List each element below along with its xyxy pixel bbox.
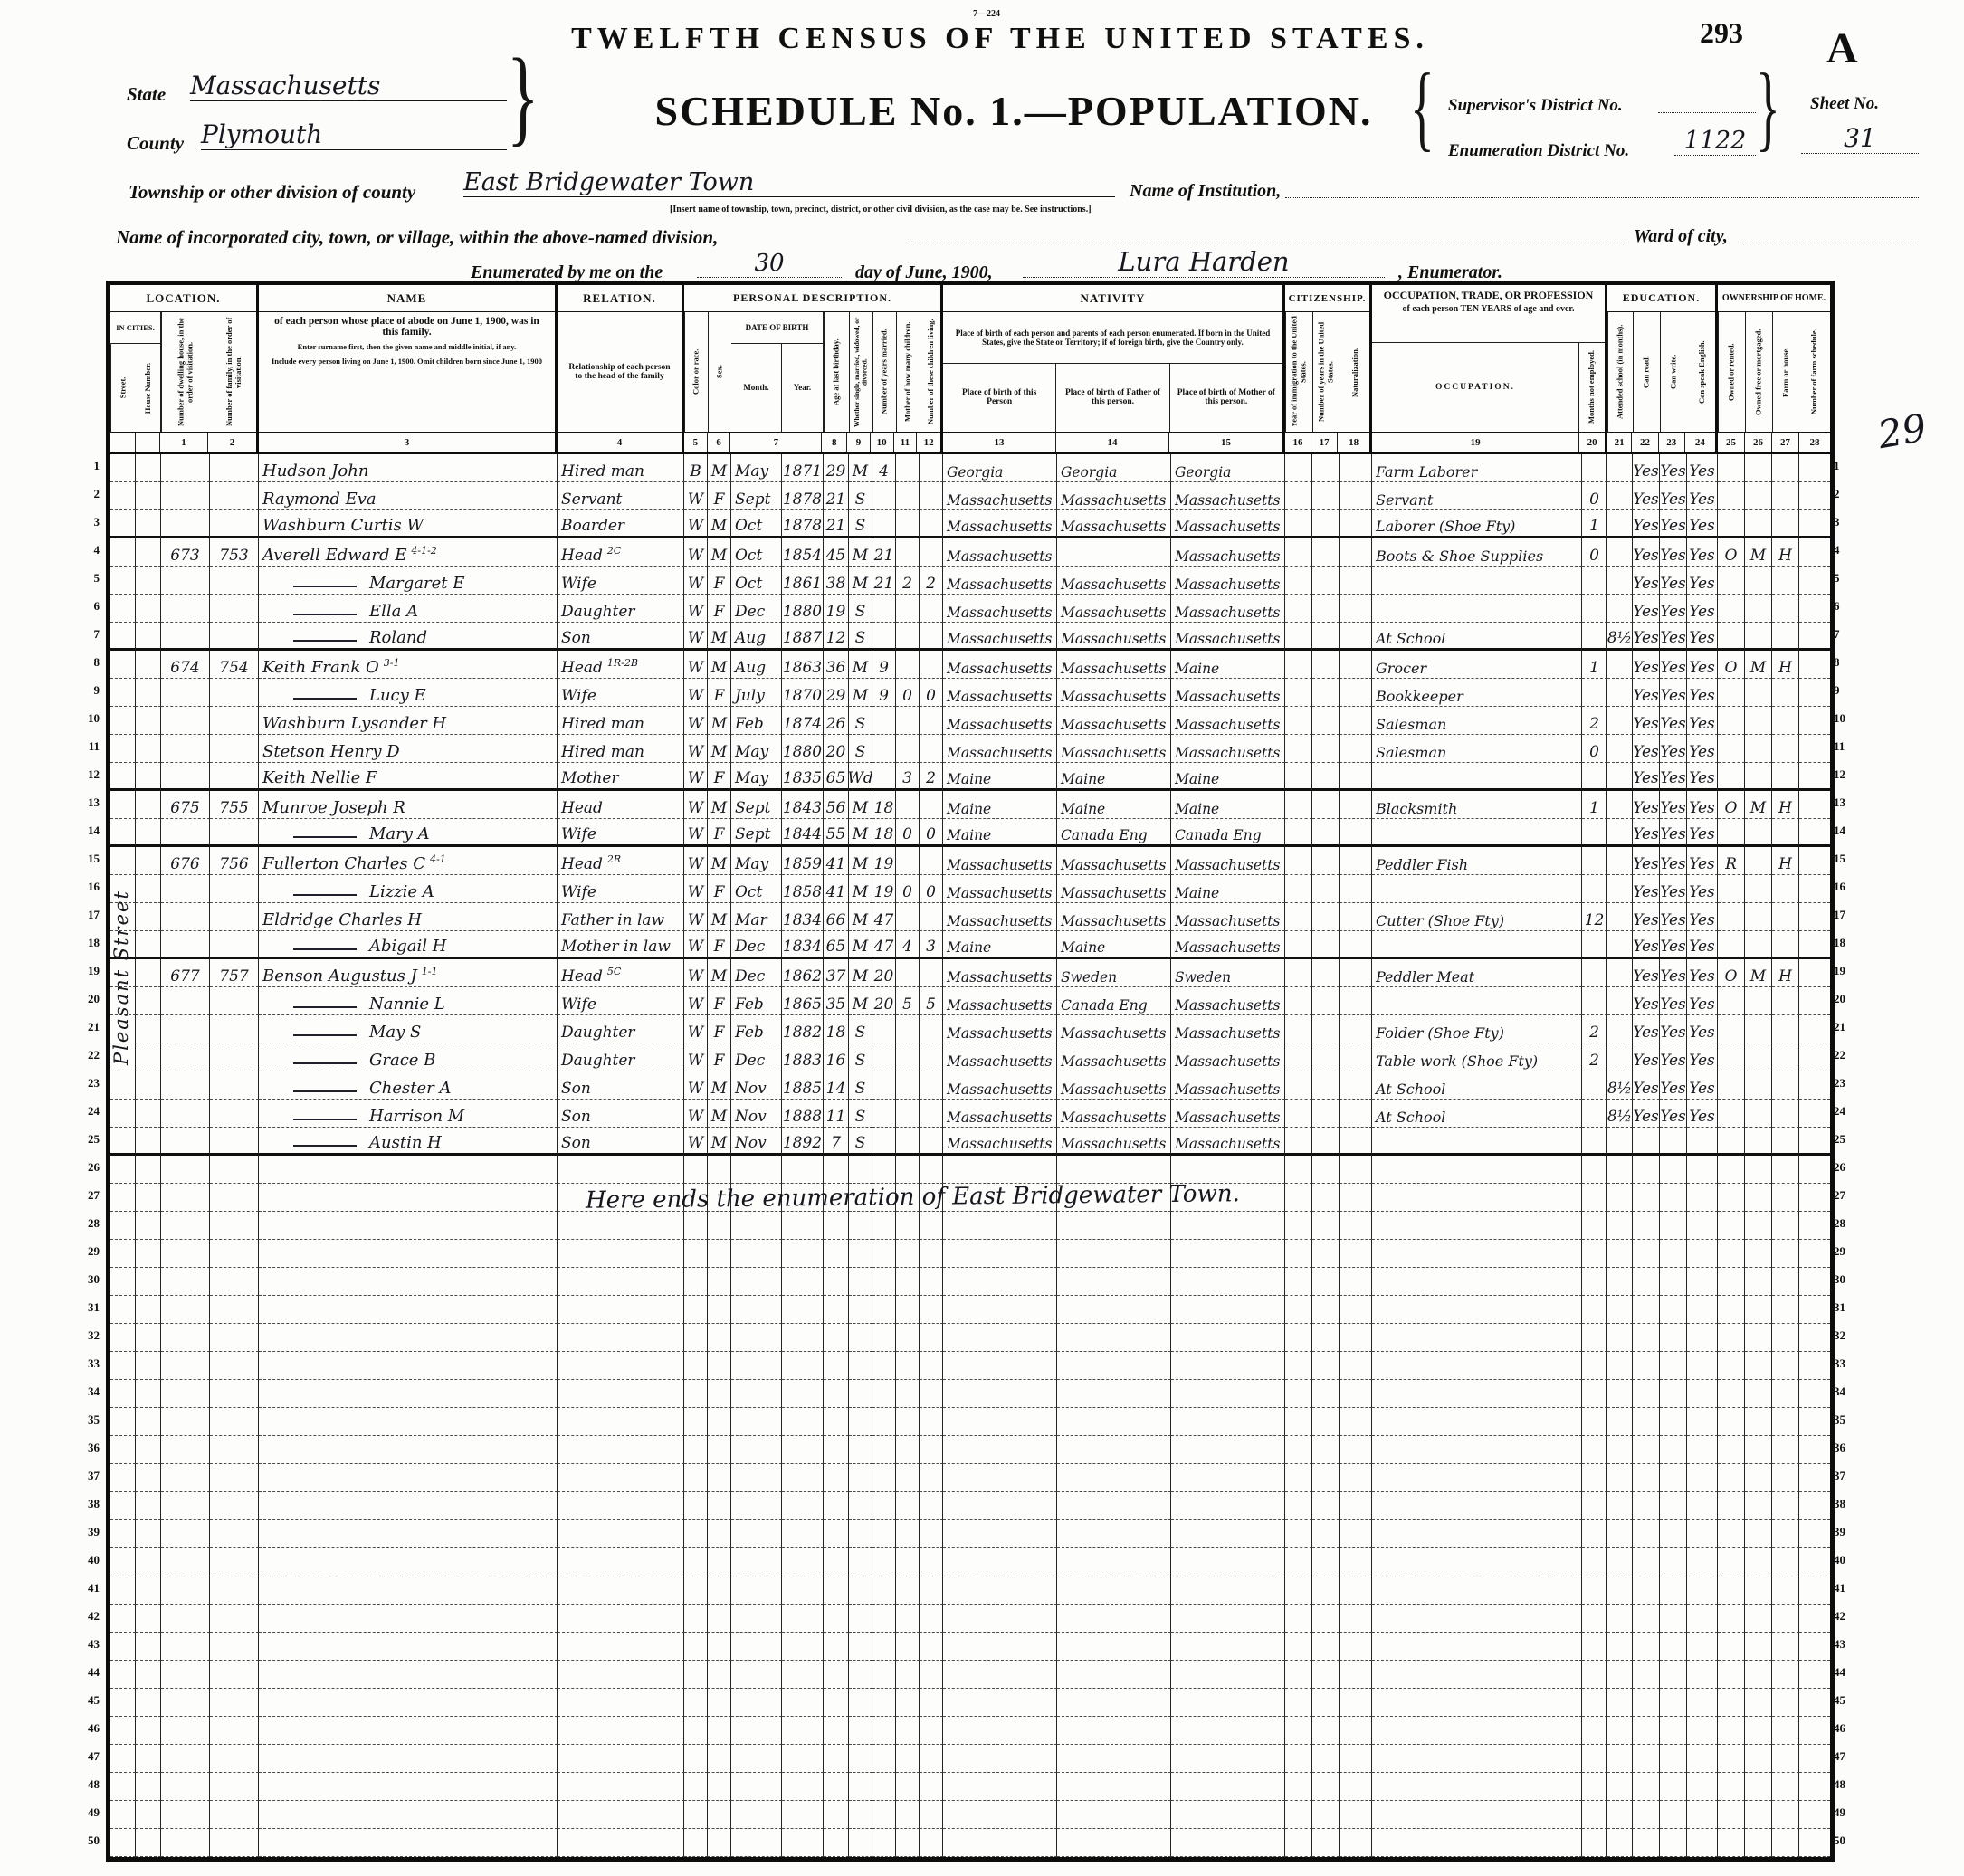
cell-mo	[896, 1043, 920, 1071]
cell-mort	[1745, 1408, 1772, 1436]
row-number: 28	[1834, 1209, 1857, 1237]
cell-lv	[920, 903, 943, 931]
cell-mort	[1745, 1015, 1772, 1043]
cell-mort	[1745, 1464, 1772, 1492]
cell-lv	[920, 707, 943, 735]
cell-farm	[1772, 1100, 1799, 1128]
cell-by	[782, 1829, 824, 1857]
cell-pof	[1057, 1576, 1171, 1605]
cell-fm	[210, 1801, 259, 1829]
cell-occ	[1372, 1492, 1582, 1520]
cell-mne	[1582, 1605, 1607, 1633]
col-number-27: 27	[1772, 433, 1799, 452]
cell-by: 1887	[782, 623, 824, 651]
relation-value: Son	[558, 1128, 684, 1156]
cell-mort	[1745, 1436, 1772, 1464]
cell-nat	[1340, 819, 1372, 847]
cell-by: 1858	[782, 875, 824, 903]
row-number: 40	[1834, 1546, 1857, 1574]
cell-mar: M	[849, 679, 872, 707]
cell-yus	[1312, 595, 1340, 623]
cell-mar	[849, 1576, 872, 1605]
row-number: 24	[76, 1097, 100, 1125]
cell-occ: Cutter (Shoe Fty)	[1372, 903, 1582, 931]
cell-age	[824, 1156, 849, 1184]
cell-en	[1687, 1408, 1718, 1436]
cell-mne	[1582, 623, 1607, 651]
cell-mar: M	[849, 651, 872, 679]
cell-by: 1844	[782, 819, 824, 847]
cell-mar: M	[849, 875, 872, 903]
cell-en	[1687, 1464, 1718, 1492]
cell-fm	[210, 1408, 259, 1436]
row-number: 6	[76, 592, 100, 620]
cell-yus	[1312, 510, 1340, 538]
cell-bm	[731, 1324, 782, 1352]
cell-own	[1718, 1015, 1745, 1043]
header-group-ownership: OWNERSHIP OF HOME. Owned or rented. Owne…	[1718, 285, 1830, 452]
cell-ym	[872, 482, 896, 510]
cell-pom	[1171, 1605, 1285, 1633]
cell-mne	[1582, 1576, 1607, 1605]
cell-sch	[1607, 735, 1633, 763]
cell-en	[1687, 1352, 1718, 1380]
cell-en	[1687, 1240, 1718, 1268]
row-number: 40	[76, 1546, 100, 1574]
cell-mo	[896, 1240, 920, 1268]
cell-pob: Massachusetts	[943, 847, 1057, 875]
cell-farm	[1772, 1689, 1799, 1717]
cell-pof: Canada Eng	[1057, 819, 1171, 847]
cell-mo: 4	[896, 931, 920, 959]
cell-imm	[1285, 1745, 1312, 1773]
cell-mo	[896, 1464, 920, 1492]
row-number: 35	[1834, 1405, 1857, 1433]
cell-race: W	[684, 847, 708, 875]
cell-en: Yes	[1687, 959, 1718, 987]
row-number: 42	[1834, 1602, 1857, 1630]
cell-imm	[1285, 1773, 1312, 1801]
cell-race	[684, 1156, 708, 1184]
cell-by	[782, 1492, 824, 1520]
cell-bm: Sept	[731, 791, 782, 819]
cell-fm	[210, 1520, 259, 1548]
cell-sex	[708, 1212, 731, 1240]
cell-race	[684, 1633, 708, 1661]
cell-mo	[896, 482, 920, 510]
cell-farm	[1772, 763, 1799, 791]
cell-bm	[731, 1548, 782, 1576]
dob-label: DATE OF BIRTH	[731, 312, 823, 344]
col-number-2: 2	[208, 433, 256, 452]
col-number-23: 23	[1659, 433, 1685, 452]
cell-hn	[136, 538, 161, 567]
cell-dw	[161, 987, 210, 1015]
cell-age	[824, 1268, 849, 1296]
cell-farm	[1772, 1128, 1799, 1156]
cell-mar	[849, 1605, 872, 1633]
cell-nat	[1340, 1717, 1372, 1745]
cell-nat	[1340, 1380, 1372, 1408]
cell-pom	[1171, 1296, 1285, 1324]
month-col-label: Month.	[731, 344, 782, 432]
cell-age	[824, 1689, 849, 1717]
cell-imm	[1285, 1464, 1312, 1492]
cell-dw	[161, 1520, 210, 1548]
cell-pof: Massachusetts	[1057, 903, 1171, 931]
cell-wr: Yes	[1660, 595, 1687, 623]
row-number: 26	[1834, 1153, 1857, 1181]
ditto-dash	[293, 640, 357, 642]
cell-fm	[210, 1043, 259, 1071]
cell-sch	[1607, 1380, 1633, 1408]
cell-mne	[1582, 454, 1607, 482]
cell-en	[1687, 1296, 1718, 1324]
relation-value	[558, 1689, 684, 1717]
pob-father-col-label: Place of birth of Father of this person.	[1056, 364, 1169, 432]
cell-wr	[1660, 1296, 1687, 1324]
row-number: 14	[1834, 816, 1857, 844]
cell-hn	[136, 931, 161, 959]
cell-rd: Yes	[1633, 819, 1660, 847]
cell-mne	[1582, 1184, 1607, 1212]
cell-dw: 673	[161, 538, 210, 567]
cell-imm	[1285, 1717, 1312, 1745]
cell-wr: Yes	[1660, 1071, 1687, 1100]
col-number-21: 21	[1607, 433, 1632, 452]
cell-pom: Georgia	[1171, 454, 1285, 482]
sheet-no-label: Sheet No.	[1810, 94, 1879, 114]
cell-hn	[136, 1324, 161, 1352]
cell-mne	[1582, 1745, 1607, 1773]
cell-imm	[1285, 847, 1312, 875]
cell-pom	[1171, 1745, 1285, 1773]
cell-fm	[210, 1464, 259, 1492]
cell-nat	[1340, 903, 1372, 931]
cell-rd: Yes	[1633, 482, 1660, 510]
cell-lv	[920, 1296, 943, 1324]
cell-own	[1718, 1801, 1745, 1829]
cell-mne	[1582, 1464, 1607, 1492]
cell-sex: M	[708, 1128, 731, 1156]
person-name	[259, 1492, 558, 1520]
cell-mo	[896, 538, 920, 567]
cell-wr	[1660, 1492, 1687, 1520]
cell-hn	[136, 875, 161, 903]
cell-hn	[136, 1156, 161, 1184]
pob-mother-col-label: Place of birth of Mother of this person.	[1170, 364, 1282, 432]
cell-pob	[943, 1801, 1057, 1829]
cell-dw	[161, 1745, 210, 1773]
cell-wr	[1660, 1576, 1687, 1605]
cell-sex	[708, 1324, 731, 1352]
cell-nat	[1340, 1633, 1372, 1661]
cell-bm	[731, 1212, 782, 1240]
cell-race: W	[684, 1100, 708, 1128]
cell-mar: S	[849, 1015, 872, 1043]
cell-pob	[943, 1156, 1057, 1184]
cell-fm	[210, 903, 259, 931]
cell-lv	[920, 1268, 943, 1296]
cell-dw	[161, 1464, 210, 1492]
row-number: 36	[76, 1433, 100, 1462]
cell-mort: M	[1745, 791, 1772, 819]
cell-rd	[1633, 1689, 1660, 1717]
cell-sex	[708, 1464, 731, 1492]
cell-mar	[849, 1352, 872, 1380]
row-number: 28	[76, 1209, 100, 1237]
cell-race	[684, 1773, 708, 1801]
cell-en: Yes	[1687, 819, 1718, 847]
cell-yus	[1312, 1156, 1340, 1184]
cell-bm	[731, 1352, 782, 1380]
cell-race	[684, 1829, 708, 1857]
cell-by	[782, 1212, 824, 1240]
cell-pof	[1057, 1520, 1171, 1548]
row-number: 3	[1834, 508, 1857, 536]
cell-age: 55	[824, 819, 849, 847]
cell-race: W	[684, 1128, 708, 1156]
person-name: Lucy E	[259, 679, 558, 707]
cell-farm	[1772, 510, 1799, 538]
cell-by: 1862	[782, 959, 824, 987]
table-row	[110, 1661, 1830, 1689]
relation-value: Boarder	[558, 510, 684, 538]
cell-farm	[1772, 1184, 1799, 1212]
cell-dw: 676	[161, 847, 210, 875]
cell-ym	[872, 1352, 896, 1380]
cell-own	[1718, 623, 1745, 651]
person-name: May S	[259, 1015, 558, 1043]
cell-by	[782, 1380, 824, 1408]
cell-sch	[1607, 1548, 1633, 1576]
township-label: Township or other division of county	[129, 181, 415, 204]
cell-pom	[1171, 1380, 1285, 1408]
cell-mo	[896, 1689, 920, 1717]
cell-nat	[1340, 1661, 1372, 1689]
relation-value	[558, 1380, 684, 1408]
cell-mort	[1745, 903, 1772, 931]
cell-fsc	[1799, 987, 1830, 1015]
cell-age: 29	[824, 454, 849, 482]
cell-lv	[920, 1661, 943, 1689]
ownership-title: OWNERSHIP OF HOME.	[1718, 285, 1830, 312]
cell-farm	[1772, 1352, 1799, 1380]
cell-bm: Feb	[731, 1015, 782, 1043]
cell-own	[1718, 903, 1745, 931]
cell-en: Yes	[1687, 651, 1718, 679]
cell-yus	[1312, 987, 1340, 1015]
row-number: 33	[1834, 1349, 1857, 1377]
cell-wr	[1660, 1436, 1687, 1464]
relation-value	[558, 1464, 684, 1492]
cell-dw	[161, 707, 210, 735]
row-number: 18	[1834, 928, 1857, 957]
cell-sex: F	[708, 567, 731, 595]
cell-wr	[1660, 1661, 1687, 1689]
cell-sex	[708, 1380, 731, 1408]
cell-imm	[1285, 1043, 1312, 1071]
cell-wr: Yes	[1660, 987, 1687, 1015]
cell-pom: Massachusetts	[1171, 538, 1285, 567]
cell-sex: M	[708, 847, 731, 875]
cell-lv	[920, 1212, 943, 1240]
cell-lv	[920, 1128, 943, 1156]
cell-race	[684, 1240, 708, 1268]
cell-fsc	[1799, 1661, 1830, 1689]
cell-imm	[1285, 1240, 1312, 1268]
cell-own	[1718, 1464, 1745, 1492]
cell-pob: Massachusetts	[943, 567, 1057, 595]
cell-mort	[1745, 1352, 1772, 1380]
cell-bm: May	[731, 847, 782, 875]
cell-en	[1687, 1689, 1718, 1717]
ward-blank	[1742, 226, 1919, 243]
col-number-17: 17	[1311, 433, 1338, 452]
cell-sch	[1607, 1745, 1633, 1773]
cell-mar: S	[849, 595, 872, 623]
cell-lv	[920, 482, 943, 510]
cell-bm	[731, 1156, 782, 1184]
cell-mort	[1745, 1520, 1772, 1548]
cell-own: R	[1718, 847, 1745, 875]
relation-value: Wife	[558, 819, 684, 847]
cell-pob: Massachusetts	[943, 538, 1057, 567]
township-note: [Insert name of township, town, precinct…	[670, 205, 1092, 214]
table-row	[110, 1296, 1830, 1324]
cell-bm	[731, 1717, 782, 1745]
relation-value: Hired man	[558, 707, 684, 735]
ditto-dash	[293, 1034, 357, 1036]
cell-yus	[1312, 1324, 1340, 1352]
cell-farm	[1772, 1043, 1799, 1071]
cell-mort	[1745, 1829, 1772, 1857]
state-label: State	[127, 83, 166, 106]
cell-by	[782, 1408, 824, 1436]
cell-sch	[1607, 1352, 1633, 1380]
left-brace-glyph: }	[507, 37, 539, 160]
enumeration-district-value: 1122	[1674, 127, 1756, 156]
cell-fsc	[1799, 538, 1830, 567]
cell-rd	[1633, 1464, 1660, 1492]
cell-mar: M	[849, 847, 872, 875]
cell-occ	[1372, 567, 1582, 595]
cell-age: 56	[824, 791, 849, 819]
cell-yus	[1312, 931, 1340, 959]
cell-pof: Canada Eng	[1057, 987, 1171, 1015]
cell-pof	[1057, 1268, 1171, 1296]
cell-yus	[1312, 1576, 1340, 1605]
cell-bm	[731, 1408, 782, 1436]
cell-bm: Feb	[731, 707, 782, 735]
cell-ym: 20	[872, 959, 896, 987]
cell-own	[1718, 1268, 1745, 1296]
cell-mo	[896, 1801, 920, 1829]
cell-mne	[1582, 1352, 1607, 1380]
cell-pob	[943, 1296, 1057, 1324]
cell-occ: Salesman	[1372, 735, 1582, 763]
cell-age: 65	[824, 763, 849, 791]
cell-sex	[708, 1548, 731, 1576]
row-number: 15	[76, 844, 100, 872]
cell-rd	[1633, 1436, 1660, 1464]
cell-mar	[849, 1380, 872, 1408]
cell-fm	[210, 1100, 259, 1128]
cell-mne	[1582, 1689, 1607, 1717]
cell-imm	[1285, 1548, 1312, 1576]
cell-yus	[1312, 1492, 1340, 1520]
cell-race	[684, 1717, 708, 1745]
cell-st	[110, 1128, 136, 1156]
person-name: Munroe Joseph R	[259, 791, 558, 819]
cell-pof	[1057, 1464, 1171, 1492]
cell-rd	[1633, 1156, 1660, 1184]
cell-own	[1718, 1128, 1745, 1156]
cell-pom: Maine	[1171, 791, 1285, 819]
cell-farm	[1772, 1380, 1799, 1408]
cell-own	[1718, 931, 1745, 959]
cell-rd	[1633, 1408, 1660, 1436]
cell-fm	[210, 1661, 259, 1689]
cell-farm	[1772, 1745, 1799, 1773]
relation-value	[558, 1605, 684, 1633]
cell-ym	[872, 735, 896, 763]
cell-hn	[136, 1605, 161, 1633]
district-close-brace: }	[1756, 53, 1780, 164]
cell-st	[110, 707, 136, 735]
cell-imm	[1285, 651, 1312, 679]
row-number: 41	[76, 1574, 100, 1602]
can-speak-english-col-label: Can speak English.	[1687, 312, 1718, 432]
cell-ym	[872, 1745, 896, 1773]
cell-mne	[1582, 1296, 1607, 1324]
cell-pom: Maine	[1171, 763, 1285, 791]
cell-own: O	[1718, 538, 1745, 567]
cell-own	[1718, 1296, 1745, 1324]
cell-rd	[1633, 1324, 1660, 1352]
cell-mort	[1745, 1745, 1772, 1773]
cell-imm	[1285, 623, 1312, 651]
cell-farm	[1772, 1268, 1799, 1296]
cell-mne: 1	[1582, 510, 1607, 538]
cell-race: W	[684, 510, 708, 538]
cell-dw	[161, 1633, 210, 1661]
cell-age	[824, 1464, 849, 1492]
row-number: 49	[76, 1798, 100, 1826]
cell-sex: F	[708, 1043, 731, 1071]
cell-st	[110, 567, 136, 595]
cell-fsc	[1799, 1717, 1830, 1745]
relation-value: Hired man	[558, 735, 684, 763]
city-label: Name of incorporated city, town, or vill…	[116, 226, 718, 249]
cell-fm	[210, 623, 259, 651]
cell-ym	[872, 595, 896, 623]
cell-by: 1835	[782, 763, 824, 791]
cell-ym	[872, 1324, 896, 1352]
row-number: 29	[76, 1237, 100, 1265]
sheet-no-value: 31	[1801, 123, 1919, 154]
row-number: 48	[1834, 1770, 1857, 1798]
cell-mne	[1582, 1520, 1607, 1548]
cell-mar	[849, 1492, 872, 1520]
cell-fsc	[1799, 1464, 1830, 1492]
cell-pob: Georgia	[943, 454, 1057, 482]
cell-sex: M	[708, 651, 731, 679]
cell-yus	[1312, 959, 1340, 987]
cell-nat	[1340, 1801, 1372, 1829]
cell-rd: Yes	[1633, 763, 1660, 791]
cell-age: 29	[824, 679, 849, 707]
